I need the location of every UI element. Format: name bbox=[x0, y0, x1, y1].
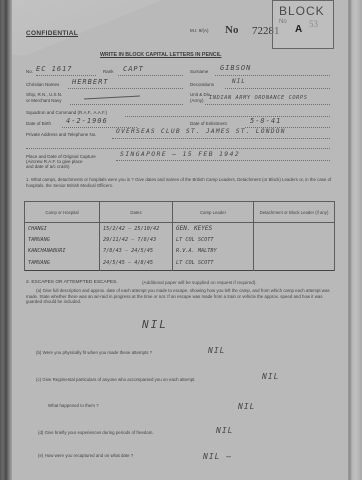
section2-b-text: (b) Were you physically fit when you mad… bbox=[36, 350, 152, 356]
camp-cell: TAMUANG bbox=[25, 256, 100, 271]
christian-names-label: Christian Names bbox=[26, 82, 59, 87]
address-rule-2 bbox=[26, 148, 330, 149]
form-heading: WRITE IN BLOCK CAPITAL LETTERS IN PENCIL bbox=[100, 52, 221, 58]
unit-rule bbox=[205, 104, 330, 105]
dates-cell: 24/5/45 — 4/8/45 bbox=[100, 256, 173, 271]
col-detachment-header: Detachment or Block Leader (if any) bbox=[254, 202, 335, 223]
leader-cell: LT COL SCOTT bbox=[173, 234, 254, 245]
col-camp-header: Camp or Hospital bbox=[25, 202, 100, 223]
stamp-block-number: 53 bbox=[309, 19, 318, 29]
section2-c2-text: What happened to them ? bbox=[48, 403, 99, 409]
camp-cell: KANCHANABURI bbox=[25, 245, 100, 256]
squadron-rule bbox=[125, 116, 330, 117]
section2-a-answer: NIL bbox=[142, 318, 168, 331]
form-reference: M.I. 9/(A) bbox=[190, 28, 209, 33]
section2-note: (Additional paper will be supplied on re… bbox=[142, 280, 257, 285]
stamp-title: BLOCK bbox=[279, 4, 325, 18]
number-label: No bbox=[225, 24, 238, 36]
address-rule bbox=[112, 138, 330, 139]
camps-table: Camp or Hospital Dates Camp Leader Detac… bbox=[24, 201, 335, 271]
block-stamp: BLOCK No A 53 bbox=[272, 0, 334, 49]
section2-c2-answer: NIL bbox=[238, 402, 255, 411]
enlistment-value: 5-8-41 bbox=[250, 117, 281, 125]
dates-cell: 15/2/42 — 25/10/42 bbox=[100, 223, 173, 235]
rank-rule bbox=[118, 75, 183, 76]
section2-e-answer: NIL — bbox=[203, 452, 232, 461]
ship-label-1: Ship, R.N., U.S.N. bbox=[26, 92, 62, 97]
christian-names-value: HERBERT bbox=[72, 78, 109, 86]
ship-rule bbox=[70, 104, 183, 105]
section2-e-text: (e) How were you recaptured and on what … bbox=[38, 453, 133, 459]
section2-b-answer: NIL bbox=[208, 346, 225, 355]
no-rule bbox=[36, 75, 96, 76]
leader-cell: R.V.A. MALTBY bbox=[173, 245, 254, 256]
unit-label-1: Unit & Div. bbox=[190, 92, 211, 97]
dob-label: Date of Birth bbox=[26, 121, 51, 126]
ship-label-2: or Merchant Navy bbox=[26, 98, 62, 103]
section2-d-text: (d) Give briefly your experiences during… bbox=[38, 430, 154, 436]
binder-edge bbox=[0, 0, 12, 480]
stamp-no-label: No bbox=[279, 19, 287, 25]
table-row: CHANGI 15/2/42 — 25/10/42 GEN. KEYES bbox=[25, 223, 335, 235]
decorations-label: Decorations bbox=[190, 82, 214, 87]
section2-title: 2. ESCAPES OR ATTEMPTED ESCAPES. bbox=[26, 280, 118, 285]
decorations-rule bbox=[225, 88, 330, 89]
section2-d-answer: NIL bbox=[216, 426, 233, 435]
stamp-block-letter: A bbox=[295, 24, 302, 35]
detachment-cell bbox=[254, 223, 335, 271]
section2-a-text: (a) Give full description and approx. da… bbox=[26, 288, 336, 305]
dates-cell: 7/8/43 — 24/5/45 bbox=[100, 245, 173, 256]
section1-question: 1. What camps, detachments or hospitals … bbox=[26, 177, 336, 188]
capture-rule bbox=[116, 160, 330, 161]
table-header-row: Camp or Hospital Dates Camp Leader Detac… bbox=[25, 202, 335, 223]
rank-value: CAPT bbox=[123, 65, 144, 73]
camp-cell: TAMUANG bbox=[25, 234, 100, 245]
dob-value: 4-2-1906 bbox=[66, 117, 108, 125]
section2-c-answer: NIL bbox=[262, 372, 279, 381]
no-label: No. bbox=[26, 69, 33, 74]
col-dates-header: Dates bbox=[100, 202, 173, 223]
decorations-value: NIL bbox=[232, 78, 246, 85]
leader-cell: GEN. KEYES bbox=[173, 223, 254, 235]
capture-value: SINGAPORE — 15 FEB 1942 bbox=[120, 150, 240, 158]
unit-label-2: (Army) bbox=[190, 98, 204, 103]
page-right-edge bbox=[348, 0, 362, 480]
squadron-label: Squadron and Command (R.A.F., A.A.F.) bbox=[26, 110, 107, 115]
col-leader-header: Camp Leader bbox=[173, 202, 254, 223]
no-value: EC 1617 bbox=[36, 65, 73, 73]
enlistment-label: Date of Enlistment bbox=[190, 121, 227, 126]
capture-label-3: and date of a/c crash) bbox=[26, 164, 70, 169]
address-value: OVERSEAS CLUB ST. JAMES ST. LONDON bbox=[116, 128, 286, 135]
confidential-label: CONFIDENTIAL bbox=[26, 30, 78, 37]
leader-cell: LT COL SCOTT bbox=[173, 256, 254, 271]
camp-cell: CHANGI bbox=[25, 223, 100, 235]
section2-c-text: (c) Give Regimental particulars of anyon… bbox=[36, 377, 196, 383]
surname-value: GIBSON bbox=[220, 64, 251, 72]
address-label: Private Address and Telephone No. bbox=[26, 132, 96, 137]
surname-label: Surname bbox=[190, 69, 208, 74]
rank-label: Rank bbox=[103, 69, 114, 74]
christian-names-rule bbox=[68, 88, 183, 89]
dates-cell: 29/11/42 — 7/8/43 bbox=[100, 234, 173, 245]
surname-rule bbox=[215, 75, 330, 76]
unit-value: INDIAN ARMY ORDNANCE CORPS bbox=[209, 95, 308, 101]
